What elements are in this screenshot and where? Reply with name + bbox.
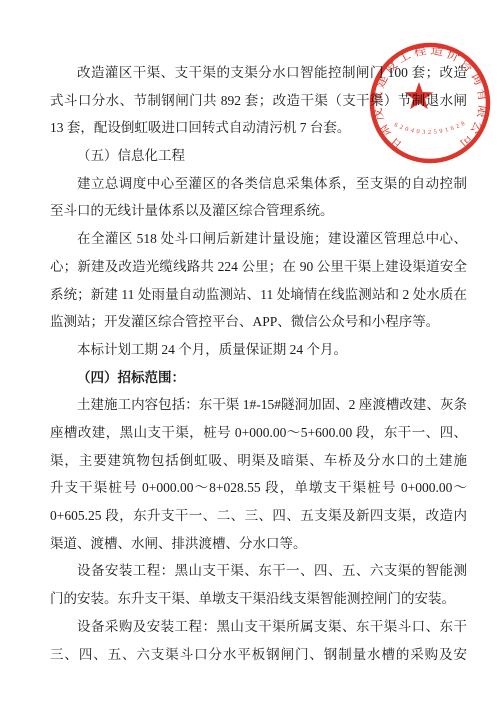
document-page: { "page": { "background": "#ffffff", "te… xyxy=(0,0,500,706)
text-line: 在全灌区 518 处斗口闸后新建计量设施；建设灌区管理总中心、分中 xyxy=(50,225,467,253)
text-line: 升支干渠桩号 0+000.00～8+028.55 段，单墩支干渠桩号 0+000… xyxy=(50,474,467,502)
text-line: 门的安装。东升支干渠、单墩支干渠沿线支渠智能测控闸门的安装。 xyxy=(50,585,467,613)
text-line: 本标计划工期 24 个月，质量保证期 24 个月。 xyxy=(50,336,467,364)
text-line: 监测站；开发灌区综合管控平台、APP、微信公众号和小程序等。 xyxy=(50,308,467,336)
text-line: 渠，主要建筑物包括倒虹吸、明渠及暗渠、车桥及分水口的土建施工。东 xyxy=(50,447,467,475)
text-line: 心；新建及改造光缆线路共 224 公里；在 90 公里干渠上建设渠道安全巡查 xyxy=(50,253,467,281)
text-line: 三、四、五、六支渠斗口分水平板钢闸门、钢制量水槽的采购及安装。东 xyxy=(50,641,467,669)
text-line: 设备安装工程：黑山支干渠、东干一、四、五、六支渠的智能测控闸 xyxy=(50,557,467,585)
section-heading-4: （四）招标范围： xyxy=(50,364,467,392)
text-line: 13 套，配设倒虹吸进口回转式自动清污机 7 台套。 xyxy=(50,114,467,142)
text-line: 至斗口的无线计量体系以及灌区综合管理系统。 xyxy=(50,197,467,225)
text-line: 改造灌区干渠、支干渠的支渠分水口智能控制闸门 100 套；改造翻板 xyxy=(50,59,467,87)
section-heading-5: （五）信息化工程 xyxy=(50,142,467,170)
text-line: 设备采购及安装工程：黑山支干渠所属支渠、东干渠斗口、东干一、 xyxy=(50,613,467,641)
text-line: 式斗口分水、节制钢闸门共 892 套；改造干渠（支干渠）节制退水闸门 xyxy=(50,87,467,115)
text-line: 0+605.25 段，东升支干一、二、三、四、五支渠及新四支渠，改造内容为 xyxy=(50,502,467,530)
page-background: 改造灌区干渠、支干渠的支渠分水口智能控制闸门 100 套；改造翻板 式斗口分水、… xyxy=(0,0,500,706)
text-line: 系统；新建 11 处雨量自动监测站、11 处墒情在线监测站和 2 处水质在线 xyxy=(50,281,467,309)
text-line: 渠道、渡槽、水闸、排洪渡槽、分水口等。 xyxy=(50,530,467,558)
text-line: 座槽改建，黑山支干渠，桩号 0+000.00～5+600.00 段，东干一、四、… xyxy=(50,419,467,447)
text-block: 改造灌区干渠、支干渠的支渠分水口智能控制闸门 100 套；改造翻板 式斗口分水、… xyxy=(50,59,467,668)
text-line: 建立总调度中心至灌区的各类信息采集体系，至支渠的自动控制体系， xyxy=(50,170,467,198)
text-line: 土建施工内容包括：东干渠 1#-15#隧洞加固、2 座渡槽改建、灰条沟 xyxy=(50,391,467,419)
